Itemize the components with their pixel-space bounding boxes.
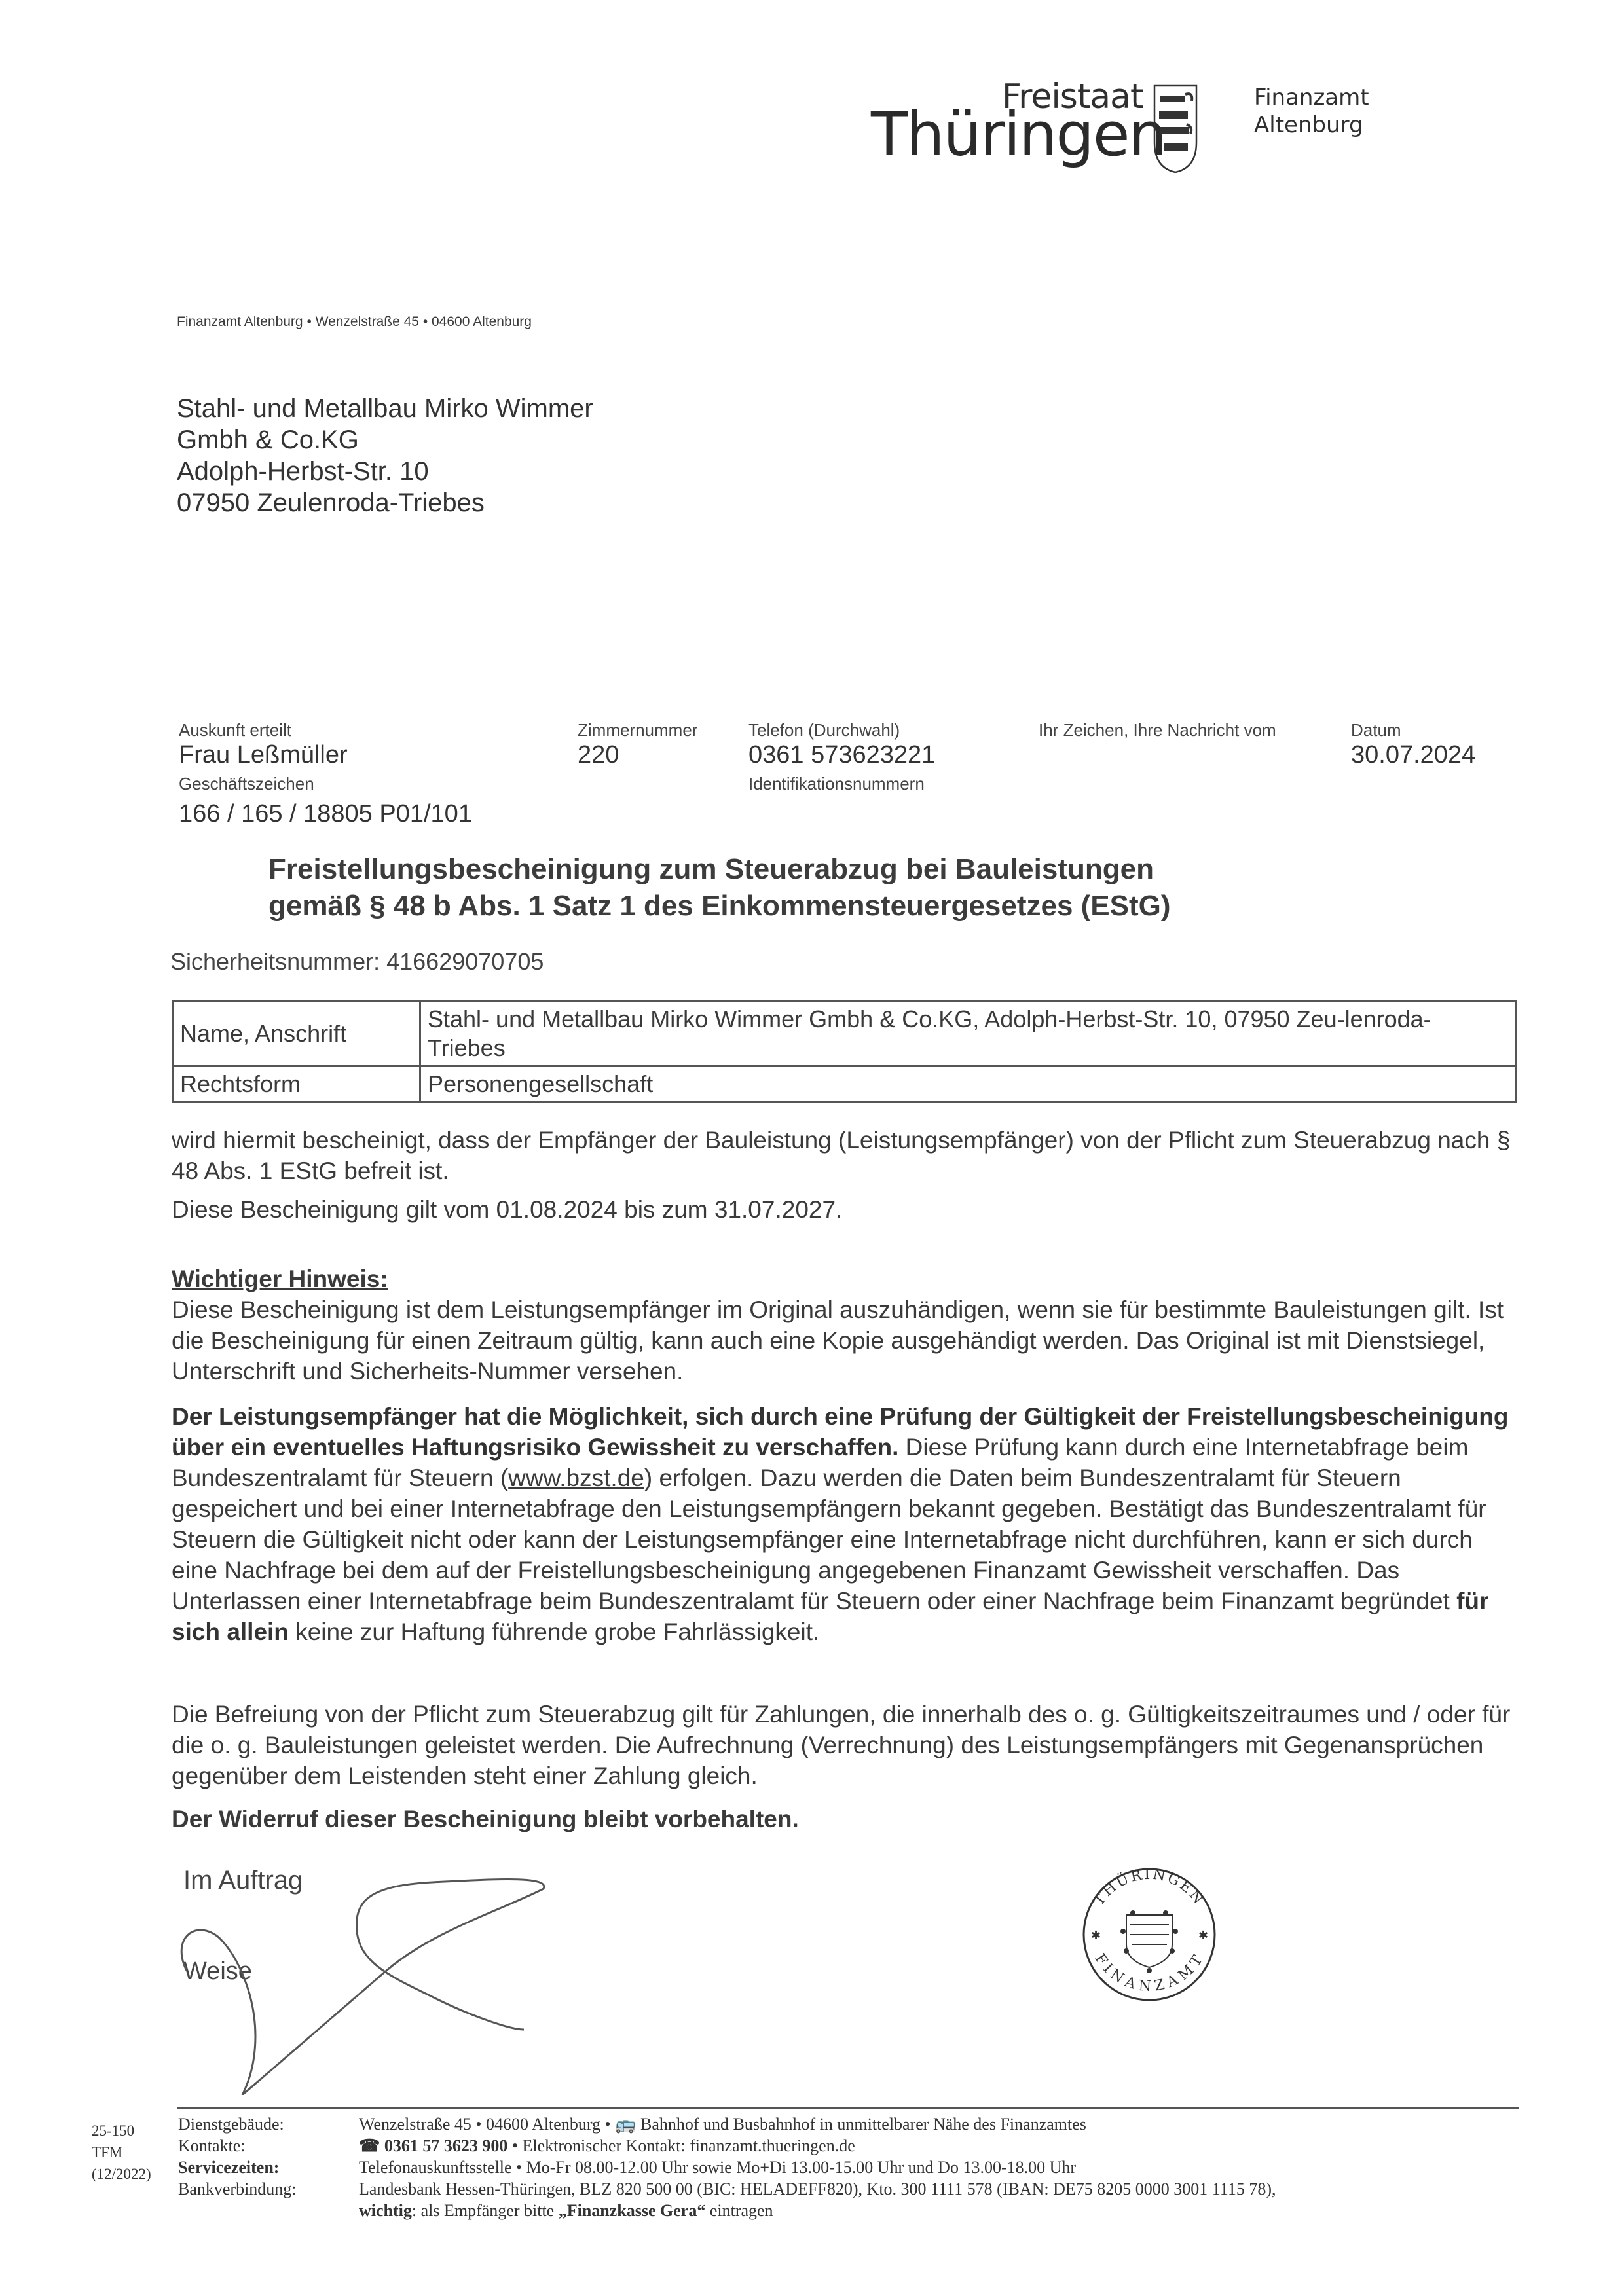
table-value-name: Stahl- und Metallbau Mirko Wimmer Gmbh &… <box>420 1002 1516 1066</box>
table-row: Rechtsform Personengesellschaft <box>173 1066 1516 1102</box>
room-value: 220 <box>578 741 619 769</box>
payee-note-end: eintragen <box>705 2201 773 2220</box>
form-version: (12/2022) <box>92 2163 151 2185</box>
your-reference-label: Ihr Zeichen, Ihre Nachricht vom <box>1039 720 1276 740</box>
important-notice-text: Diese Bescheinigung ist dem Leistungsemp… <box>172 1294 1521 1387</box>
room-label: Zimmernummer <box>578 720 697 740</box>
table-label-legal-form: Rechtsform <box>173 1066 420 1102</box>
recipient-line: Gmbh & Co.KG <box>177 424 593 456</box>
reference-value: 166 / 165 / 18805 P01/101 <box>179 800 472 828</box>
bzst-link[interactable]: www.bzst.de <box>508 1465 644 1491</box>
office-line-2: Altenburg <box>1254 111 1369 139</box>
title-line-2: gemäß § 48 b Abs. 1 Satz 1 des Einkommen… <box>268 888 1171 924</box>
footer-value-building: Wenzelstraße 45 • 04600 Altenburg • 🚌 Ba… <box>359 2113 1276 2135</box>
payee-name: „Finanzkasse Gera“ <box>559 2201 706 2220</box>
thuringia-coat-of-arms-icon <box>1153 84 1198 174</box>
table-label-name: Name, Anschrift <box>173 1002 420 1066</box>
phone-label: Telefon (Durchwahl) <box>748 720 900 740</box>
svg-text:THÜRINGEN: THÜRINGEN <box>1091 1867 1208 1909</box>
verification-text-c: keine zur Haftung führende grobe Fahrläs… <box>289 1618 819 1645</box>
date-label: Datum <box>1351 720 1401 740</box>
svg-text:✱: ✱ <box>1198 1929 1208 1942</box>
reference-label: Geschäftszeichen <box>179 774 314 794</box>
electronic-contact: • Elektronischer Kontakt: finanzamt.thue… <box>507 2136 855 2155</box>
form-type: TFM <box>92 2141 151 2163</box>
recipient-address: Stahl- und Metallbau Mirko Wimmer Gmbh &… <box>177 393 593 519</box>
important-notice-title: Wichtiger Hinweis: <box>172 1264 1521 1294</box>
recipient-line: 07950 Zeulenroda-Triebes <box>177 487 593 519</box>
footer-values: Wenzelstraße 45 • 04600 Altenburg • 🚌 Ba… <box>359 2113 1276 2221</box>
footer-labels: Dienstgebäude: Kontakte: Servicezeiten: … <box>178 2113 297 2200</box>
revocation-notice: Der Widerruf dieser Bescheinigung bleibt… <box>172 1804 1521 1834</box>
footer-payee-note: wichtig: als Empfänger bitte „Finanzkass… <box>359 2200 1276 2221</box>
date-value: 30.07.2024 <box>1351 741 1475 769</box>
payee-note-text: : als Empfänger bitte <box>412 2201 559 2220</box>
contact-label: Auskunft erteilt <box>179 720 291 740</box>
footer-label-bank: Bankverbindung: <box>178 2178 297 2200</box>
form-number: 25-150 <box>92 2120 151 2141</box>
letterhead-office: Finanzamt Altenburg <box>1254 84 1369 139</box>
form-code: 25-150 TFM (12/2022) <box>92 2120 151 2185</box>
footer-value-service-hours: Telefonauskunftsstelle • Mo-Fr 08.00-12.… <box>359 2157 1276 2178</box>
svg-text:✱: ✱ <box>1091 1929 1101 1942</box>
table-row: Name, Anschrift Stahl- und Metallbau Mir… <box>173 1002 1516 1066</box>
handwritten-signature-icon <box>157 1859 563 2095</box>
phone-icon-number: ☎ 0361 57 3623 900 <box>359 2136 507 2155</box>
exemption-statement: wird hiermit bescheinigt, dass der Empfä… <box>172 1125 1521 1186</box>
footer-label-service-hours: Servicezeiten: <box>178 2157 297 2178</box>
recipient-line: Stahl- und Metallbau Mirko Wimmer <box>177 393 593 424</box>
footer-value-contacts: ☎ 0361 57 3623 900 • Elektronischer Kont… <box>359 2135 1276 2157</box>
title-line-1: Freistellungsbescheinigung zum Steuerabz… <box>268 851 1171 888</box>
footer-label-building: Dienstgebäude: <box>178 2113 297 2135</box>
official-seal-icon: THÜRINGEN FINANZAMT ✱ ✱ <box>1074 1859 1225 2010</box>
recipient-line: Adolph-Herbst-Str. 10 <box>177 456 593 487</box>
payment-exemption-paragraph: Die Befreiung von der Pflicht zum Steuer… <box>172 1699 1521 1791</box>
sender-return-address: Finanzamt Altenburg • Wenzelstraße 45 • … <box>177 314 532 330</box>
id-label: Identifikationsnummern <box>748 774 925 794</box>
verification-paragraph: Der Leistungsempfänger hat die Möglichke… <box>172 1401 1521 1647</box>
document-title: Freistellungsbescheinigung zum Steuerabz… <box>268 851 1171 924</box>
footer-label-contacts: Kontakte: <box>178 2135 297 2157</box>
footer-divider <box>177 2107 1519 2109</box>
certificate-table: Name, Anschrift Stahl- und Metallbau Mir… <box>172 1000 1517 1103</box>
phone-value: 0361 573623221 <box>748 741 935 769</box>
security-number: Sicherheitsnummer: 416629070705 <box>170 948 544 975</box>
footer-value-bank: Landesbank Hessen-Thüringen, BLZ 820 500… <box>359 2178 1276 2200</box>
validity-period: Diese Bescheinigung gilt vom 01.08.2024 … <box>172 1194 1521 1225</box>
office-line-1: Finanzamt <box>1254 84 1369 111</box>
letterhead-state-title: Thüringen <box>871 105 1166 165</box>
table-value-legal-form: Personengesellschaft <box>420 1066 1516 1102</box>
contact-value: Frau Leßmüller <box>179 741 348 769</box>
important-label: wichtig <box>359 2201 412 2220</box>
important-notice: Wichtiger Hinweis: Diese Bescheinigung i… <box>172 1264 1521 1387</box>
